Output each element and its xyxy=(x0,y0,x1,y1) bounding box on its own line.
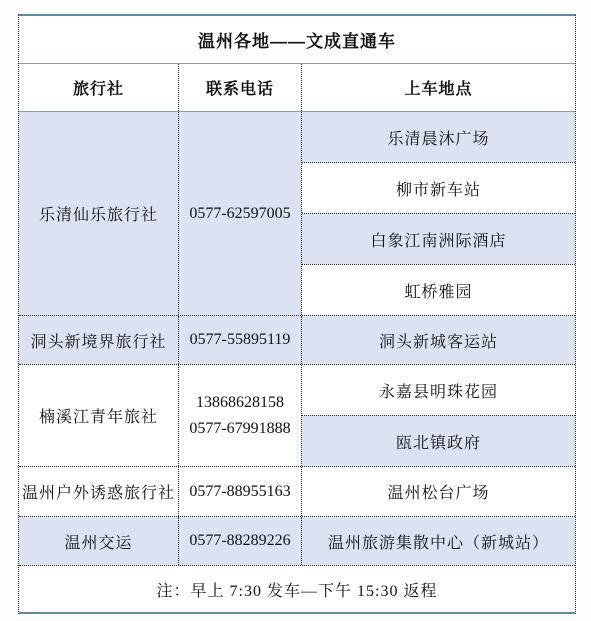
location-cell: 温州松台广场 xyxy=(302,467,575,516)
column-header-phone: 联系电话 xyxy=(179,64,302,111)
location-cell: 虹桥雅园 xyxy=(302,264,575,315)
agency-group: 温州户外诱惑旅行社 0577-88955163 温州松台广场 xyxy=(19,466,575,516)
phone-cell: 0577-55895119 xyxy=(179,316,302,364)
phone-number: 0577-88289226 xyxy=(189,528,290,554)
location-cell: 柳市新车站 xyxy=(302,162,575,213)
location-column: 温州旅游集散中心（新城站） xyxy=(302,517,575,565)
phone-cell: 0577-88955163 xyxy=(179,467,302,516)
agency-cell: 乐清仙乐旅行社 xyxy=(19,112,179,315)
location-cell: 温州旅游集散中心（新城站） xyxy=(302,517,575,565)
location-column: 洞头新城客运站 xyxy=(302,316,575,364)
direct-bus-table: 温州各地——文成直通车 旅行社 联系电话 上车地点 乐清仙乐旅行社 0577-6… xyxy=(18,14,576,614)
phone-cell: 0577-62597005 xyxy=(179,112,302,315)
phone-number: 13868628158 xyxy=(196,390,284,416)
location-column: 乐清晨沐广场 柳市新车站 白象江南洲际酒店 虹桥雅园 xyxy=(302,112,575,315)
phone-cell: 0577-88289226 xyxy=(179,517,302,565)
agency-group: 温州交运 0577-88289226 温州旅游集散中心（新城站） xyxy=(19,516,575,565)
note-row: 注：早上 7:30 发车—下午 15:30 返程 xyxy=(19,565,575,612)
location-column: 永嘉县明珠花园 瓯北镇政府 xyxy=(302,365,575,466)
location-cell: 白象江南洲际酒店 xyxy=(302,213,575,264)
location-cell: 乐清晨沐广场 xyxy=(302,112,575,162)
table-title-text: 温州各地——文成直通车 xyxy=(198,27,396,52)
column-header-row: 旅行社 联系电话 上车地点 xyxy=(19,64,575,112)
location-cell: 瓯北镇政府 xyxy=(302,415,575,466)
agency-group: 乐清仙乐旅行社 0577-62597005 乐清晨沐广场 柳市新车站 白象江南洲… xyxy=(19,112,575,315)
phone-cell: 13868628158 0577-67991888 xyxy=(179,365,302,466)
phone-number: 0577-67991888 xyxy=(189,416,290,442)
agency-cell: 楠溪江青年旅社 xyxy=(19,365,179,466)
agency-group: 楠溪江青年旅社 13868628158 0577-67991888 永嘉县明珠花… xyxy=(19,364,575,466)
location-cell: 永嘉县明珠花园 xyxy=(302,365,575,415)
agency-cell: 洞头新境界旅行社 xyxy=(19,316,179,364)
phone-number: 0577-88955163 xyxy=(189,479,290,505)
agency-group: 洞头新境界旅行社 0577-55895119 洞头新城客运站 xyxy=(19,315,575,364)
phone-number: 0577-55895119 xyxy=(190,327,291,353)
column-header-agency: 旅行社 xyxy=(19,64,179,111)
agency-cell: 温州户外诱惑旅行社 xyxy=(19,467,179,516)
note-text: 注：早上 7:30 发车—下午 15:30 返程 xyxy=(157,578,438,601)
column-header-location: 上车地点 xyxy=(302,64,575,111)
location-column: 温州松台广场 xyxy=(302,467,575,516)
phone-number: 0577-62597005 xyxy=(189,201,290,227)
agency-cell: 温州交运 xyxy=(19,517,179,565)
table-title: 温州各地——文成直通车 xyxy=(19,16,575,64)
location-cell: 洞头新城客运站 xyxy=(302,316,575,364)
